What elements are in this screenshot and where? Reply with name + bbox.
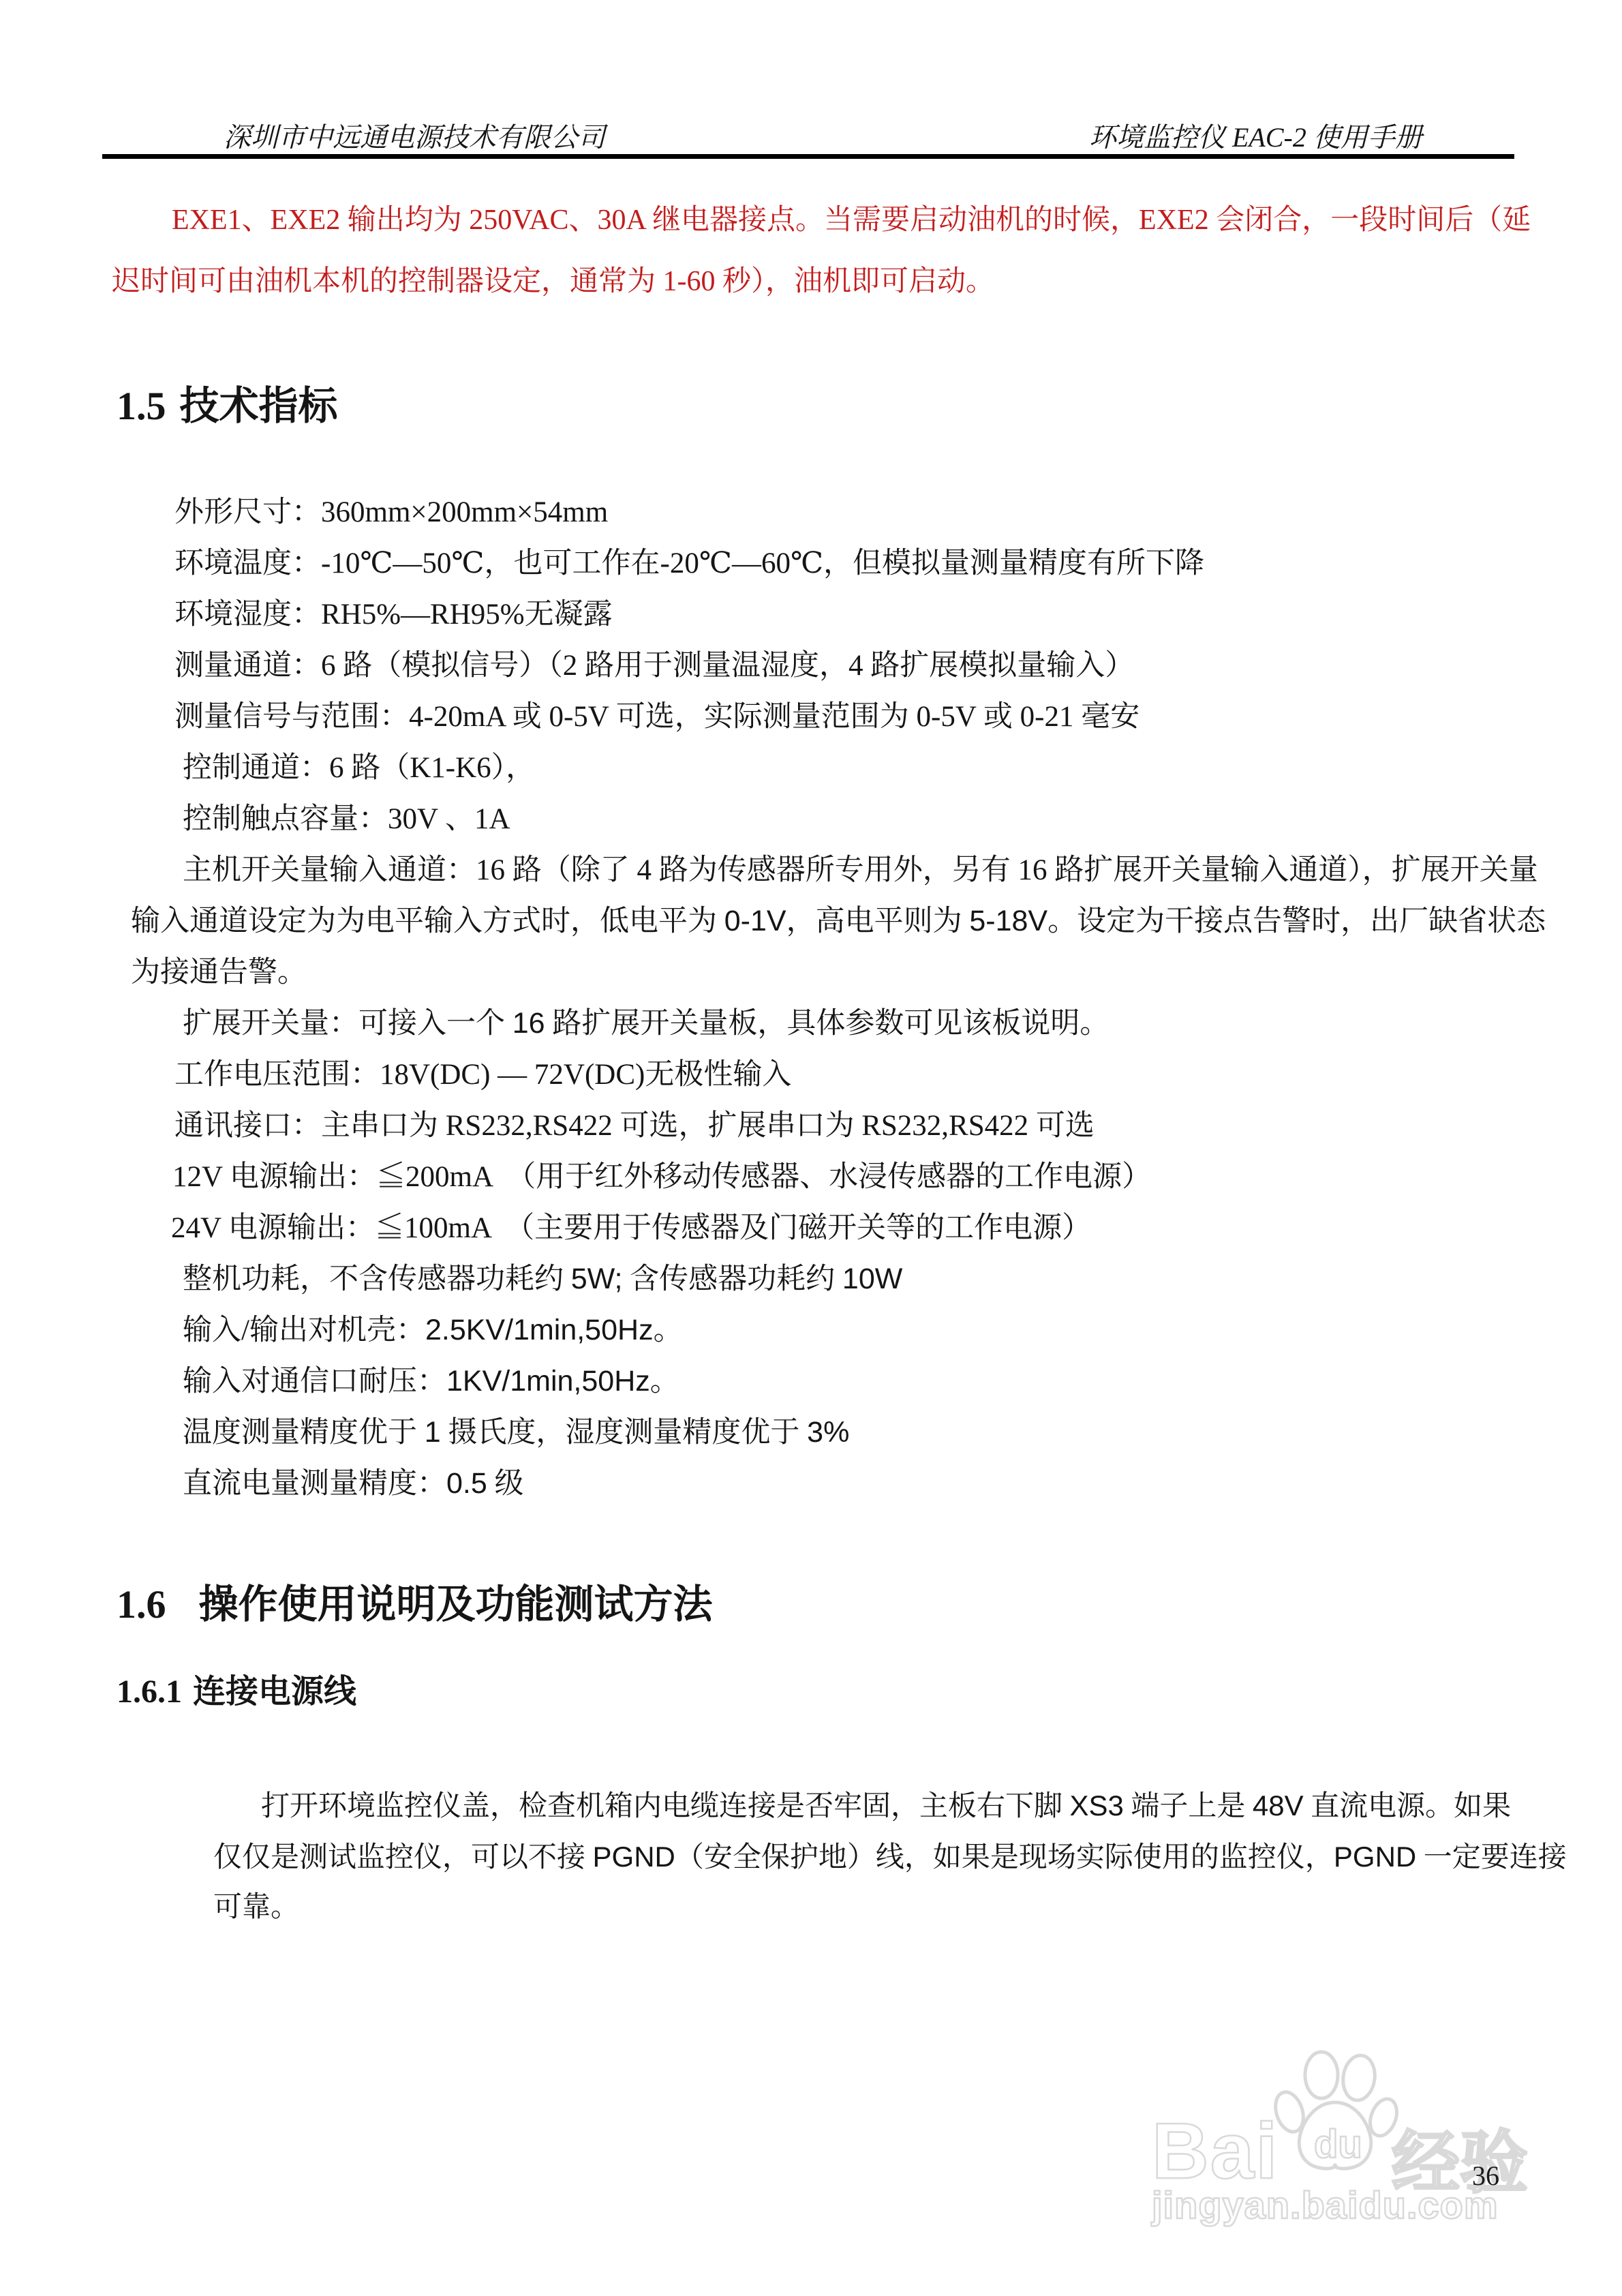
text-run: 摄氏度，湿度测量精度优于 — [441, 1417, 808, 1449]
section-number: 1.5 — [117, 384, 166, 428]
text-run: 通讯接口：主串口为 RS232,RS422 可选，扩展串口为 RS232,RS4… — [174, 1110, 1095, 1142]
text-run: 一定要连接 — [1416, 1842, 1567, 1873]
text-run: 工作电压范围：18V(DC) — 72V(DC)无极性输入 — [174, 1059, 791, 1091]
text-line: 整机功耗，不含传感器功耗约 5W; 含传感器功耗约 10W — [0, 1254, 1622, 1305]
text-run: （安全保护地）线，如果是现场实际使用的监控仪， — [675, 1842, 1334, 1873]
text-run: 测量信号与范围：4-20mA 或 0-5V 可选，实际测量范围为 0-5V 或 … — [174, 701, 1139, 733]
text-run: 。 — [650, 1365, 679, 1398]
text-run: 2.5KV/1min,50Hz — [425, 1314, 654, 1346]
text-run: 12V 电源输出：≦200mA （用于红外移动传感器、水浸传感器的工作电源） — [172, 1161, 1151, 1193]
text-run: 测量通道：6 路（模拟信号）（2 路用于测量温湿度，4 路扩展模拟量输入） — [174, 650, 1134, 682]
text-line: EXE1、EXE2 输出均为 250VAC、30A 继电器接点。当需要启动油机的… — [0, 190, 1622, 251]
text-line: 工作电压范围：18V(DC) — 72V(DC)无极性输入 — [0, 1049, 1622, 1100]
text-line: 主机开关量输入通道：16 路（除了 4 路为传感器所专用外，另有 16 路扩展开… — [0, 845, 1622, 896]
text-run: 主机开关量输入通道：16 路（除了 4 路为传感器所专用外，另有 16 路扩展开… — [183, 854, 1538, 886]
text-run: 输入通道设定为为电平输入方式时，低电平为 — [131, 905, 724, 937]
text-run: PGND — [1334, 1841, 1416, 1873]
text-run: XS3 — [1070, 1789, 1124, 1822]
text-run: 打开环境监控仪盖，检查机箱内电缆连接是否牢固，主板右下脚 — [261, 1791, 1070, 1822]
section-title: 操作使用说明及功能测试方法 — [199, 1582, 713, 1627]
body-paragraph: 打开环境监控仪盖，检查机箱内电缆连接是否牢固，主板右下脚 XS3 端子上是 48… — [0, 1781, 1622, 1933]
text-run: 路扩展开关量板，具体参数可见该板说明。 — [545, 1008, 1110, 1040]
text-line: 控制通道：6 路（K1-K6）， — [0, 742, 1622, 794]
text-line: 温度测量精度优于 1 摄氏度，湿度测量精度优于 3% — [0, 1407, 1622, 1458]
text-run: 温度测量精度优于 — [183, 1417, 425, 1449]
text-run: 5W; — [571, 1263, 623, 1295]
text-run: 。 — [654, 1314, 683, 1346]
watermark-url: jingyan.baidu.com — [1152, 2183, 1499, 2227]
text-run: 控制触点容量：30V 、1A — [183, 803, 510, 835]
text-run: 。设定为干接点告警时，出厂缺省状态 — [1047, 905, 1546, 937]
text-run: ，高电平则为 — [786, 905, 970, 937]
text-run: 扩展开关量：可接入一个 — [183, 1008, 512, 1040]
text-run: 控制通道：6 路（K1-K6）， — [183, 752, 535, 784]
text-line: 12V 电源输出：≦200mA （用于红外移动传感器、水浸传感器的工作电源） — [0, 1151, 1622, 1203]
baidu-logo-du-text: du — [1314, 2121, 1362, 2167]
text-run: 输入/输出对机壳： — [183, 1314, 425, 1346]
baidu-logo-text: Bai — [1152, 2105, 1279, 2196]
text-run: 仅仅是测试监控仪，可以不接 — [213, 1842, 593, 1873]
section-number: 1.6 — [117, 1582, 166, 1627]
text-run: 直流电源。如果 — [1304, 1791, 1512, 1822]
text-run: 端子上是 — [1124, 1791, 1253, 1822]
jingyan-logo-text: 经验 — [1392, 2108, 1528, 2206]
text-run: 级 — [487, 1468, 524, 1500]
header-manual-title: 环境监控仪 EAC-2 使用手册 — [1089, 116, 1422, 155]
text-run: 10W — [842, 1263, 902, 1295]
text-run: 3% — [807, 1416, 849, 1449]
text-run: 24V 电源输出：≦100mA （主要用于传感器及门磁开关等的工作电源） — [171, 1212, 1091, 1244]
text-line: 为接通告警。 — [0, 947, 1622, 998]
text-run: PGND — [593, 1841, 675, 1873]
text-line: 迟时间可由油机本机的控制器设定，通常为 1-60 秒），油机即可启动。 — [0, 251, 1622, 312]
text-line: 直流电量测量精度：0.5 级 — [0, 1458, 1622, 1509]
text-run: 48V — [1253, 1789, 1304, 1822]
text-line: 环境湿度：RH5%—RH95%无凝露 — [0, 589, 1622, 640]
text-run: 迟时间可由油机本机的控制器设定，通常为 1-60 秒），油机即可启动。 — [112, 266, 994, 297]
text-line: 打开环境监控仪盖，检查机箱内电缆连接是否牢固，主板右下脚 XS3 端子上是 48… — [0, 1781, 1622, 1832]
section-heading-1-6: 1.6操作使用说明及功能测试方法 — [117, 1572, 713, 1629]
text-run: 环境湿度：RH5%—RH95%无凝露 — [174, 599, 613, 631]
page-number: 36 — [1472, 2160, 1499, 2192]
text-line: 输入对通信口耐压：1KV/1min,50Hz。 — [0, 1356, 1622, 1407]
header-company-name: 深圳市中远通电源技术有限公司 — [224, 116, 605, 155]
header-divider — [102, 154, 1514, 159]
text-run: 5-18V — [969, 905, 1047, 937]
text-run: 1KV/1min,50Hz — [446, 1365, 650, 1398]
text-run: 环境温度：-10℃—50℃，也可工作在-20℃—60℃，但模拟量测量精度有所下降 — [174, 547, 1204, 579]
text-line: 24V 电源输出：≦100mA （主要用于传感器及门磁开关等的工作电源） — [0, 1203, 1622, 1254]
text-line: 输入通道设定为为电平输入方式时，低电平为 0-1V，高电平则为 5-18V。设定… — [0, 896, 1622, 947]
text-run: 0.5 — [446, 1467, 487, 1500]
document-page: 深圳市中远通电源技术有限公司 环境监控仪 EAC-2 使用手册 EXE1、EXE… — [0, 0, 1622, 2296]
text-line: 可靠。 — [0, 1883, 1622, 1933]
text-line: 外形尺寸：360mm×200mm×54mm — [0, 487, 1622, 538]
text-line: 环境温度：-10℃—50℃，也可工作在-20℃—60℃，但模拟量测量精度有所下降 — [0, 538, 1622, 589]
text-run: 含传感器功耗约 — [622, 1263, 842, 1295]
text-run: 可靠。 — [213, 1892, 299, 1923]
text-run: 0-1V — [724, 905, 786, 937]
text-run: 整机功耗，不含传感器功耗约 — [183, 1263, 571, 1295]
text-run: 输入对通信口耐压： — [183, 1365, 446, 1398]
intro-paragraph-red: EXE1、EXE2 输出均为 250VAC、30A 继电器接点。当需要启动油机的… — [0, 190, 1622, 312]
text-line: 扩展开关量：可接入一个 16 路扩展开关量板，具体参数可见该板说明。 — [0, 998, 1622, 1049]
text-line: 仅仅是测试监控仪，可以不接 PGND（安全保护地）线，如果是现场实际使用的监控仪… — [0, 1832, 1622, 1883]
section-number: 1.6.1 — [117, 1674, 182, 1710]
text-run: 为接通告警。 — [131, 956, 307, 988]
text-line: 通讯接口：主串口为 RS232,RS422 可选，扩展串口为 RS232,RS4… — [0, 1100, 1622, 1151]
section-title: 连接电源线 — [193, 1674, 356, 1710]
text-run: 1 — [425, 1416, 441, 1449]
section-heading-1-6-1: 1.6.1连接电源线 — [117, 1665, 356, 1712]
spec-list: 外形尺寸：360mm×200mm×54mm环境温度：-10℃—50℃，也可工作在… — [0, 487, 1622, 1509]
text-run: 直流电量测量精度： — [183, 1468, 446, 1500]
section-title: 技术指标 — [180, 384, 338, 428]
text-line: 输入/输出对机壳：2.5KV/1min,50Hz。 — [0, 1305, 1622, 1356]
text-run: 16 — [512, 1007, 545, 1040]
text-run: 外形尺寸：360mm×200mm×54mm — [174, 496, 608, 528]
section-heading-1-5: 1.5技术指标 — [117, 374, 338, 431]
text-line: 测量通道：6 路（模拟信号）（2 路用于测量温湿度，4 路扩展模拟量输入） — [0, 640, 1622, 691]
text-line: 控制触点容量：30V 、1A — [0, 794, 1622, 845]
baidu-jingyan-watermark: Bai du 经验 jingyan.baidu.com — [1152, 2045, 1561, 2236]
baidu-paw-icon — [1269, 2049, 1398, 2179]
text-line: 测量信号与范围：4-20mA 或 0-5V 可选，实际测量范围为 0-5V 或 … — [0, 691, 1622, 742]
text-run: EXE1、EXE2 输出均为 250VAC、30A 继电器接点。当需要启动油机的… — [172, 205, 1531, 236]
